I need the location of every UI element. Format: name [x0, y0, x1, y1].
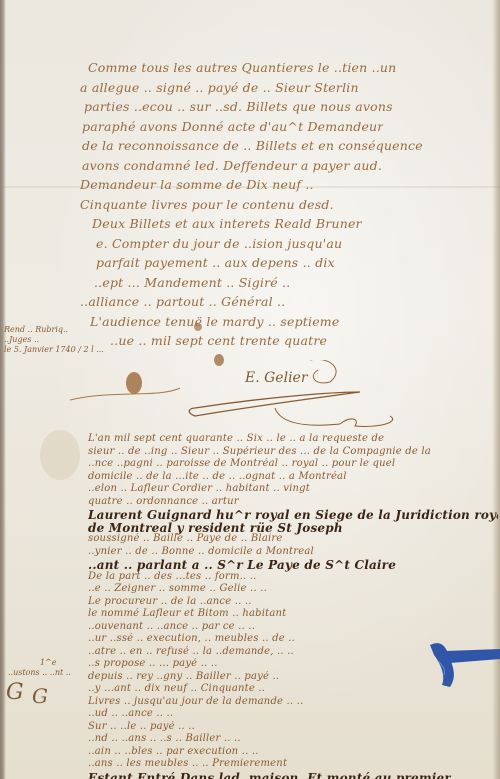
manuscript-line: parties ..ecou .. sur ..sd. Billets que …: [84, 99, 393, 114]
margin-note-line: ..ustons .. ..nt ..: [8, 668, 71, 678]
manuscript-line: ..ynier .. de .. Bonne .. domicile a Mon…: [88, 546, 314, 557]
manuscript-line: ..elon .. Lafleur Cordier .. habitant ..…: [88, 483, 310, 494]
manuscript-line: paraphé avons Donné acte d'au^t Demandeu…: [82, 119, 383, 134]
margin-note-line: ..Juges ..: [4, 335, 104, 345]
manuscript-line: ..ud .. ..ance .. ..: [88, 708, 173, 719]
manuscript-line: soussigné .. Baille .. Paye de .. Blaire: [88, 533, 283, 544]
manuscript-line: de la reconnoissance de .. Billets et en…: [82, 138, 423, 153]
manuscript-line: ..atre .. en .. refusé .. la ..demande, …: [88, 646, 294, 657]
signature-flourish: [0, 360, 500, 440]
manuscript-line: Cinquante livres pour le contenu desd.: [80, 197, 334, 212]
manuscript-line: e. Compter du jour de ..ision jusqu'au: [96, 236, 342, 251]
manuscript-line: ..s propose .. ... payé .. ..: [88, 658, 218, 669]
manuscript-line: Le procureur .. de la ..ance .. ..: [88, 596, 252, 607]
manuscript-line: L'audience tenuë le mardy .. septieme: [90, 314, 339, 329]
lower-margin-note: ..ustons .. ..nt ..: [8, 668, 71, 678]
manuscript-line: parfait payement .. aux depens .. dix: [96, 255, 335, 270]
manuscript-line: Comme tous les autres Quantieres le ..ti…: [88, 60, 396, 75]
manuscript-line: L'an mil sept cent quarante .. Six .. le…: [88, 433, 384, 444]
manuscript-line: De la part .. des ...tes .. form.. ..: [88, 571, 257, 582]
manuscript-line: ..ain .. ..bles .. par execution .. ..: [88, 746, 259, 757]
margin-monogram: G: [6, 680, 24, 705]
manuscript-line: Livres .. jusqu'au jour de la demande ..…: [88, 696, 303, 707]
manuscript-line: Deux Billets et aux interets Reald Brune…: [92, 216, 362, 231]
manuscript-line: ..nd .. ..ans .. ..s .. Bailler .. ..: [88, 733, 241, 744]
manuscript-line: avons condamné led. Deffendeur a payer a…: [82, 158, 382, 173]
manuscript-line: ..ue .. mil sept cent trente quatre: [110, 333, 327, 348]
manuscript-line: ..y ...ant .. dix neuf .. Cinquante ..: [88, 683, 265, 694]
manuscript-line: domicile .. de la ...ite .. de .. ..ogna…: [88, 471, 347, 482]
manuscript-line: Demandeur la somme de Dix neuf ..: [80, 177, 314, 192]
manuscript-line: ..ans .. les meubles .. .. Premierement: [88, 758, 287, 769]
margin-monogram: G: [32, 684, 48, 708]
margin-note-line: Rend .. Rubriq..: [4, 325, 104, 335]
manuscript-line: ..e .. Zeigner .. somme .. Gelie .. ..: [88, 583, 267, 594]
blue-ribbon: [428, 635, 500, 695]
manuscript-line: Sur .. ..le .. payé .. ..: [88, 721, 195, 732]
manuscript-line: ..ur ..ssé .. execution, .. meubles .. d…: [88, 633, 295, 644]
manuscript-line: quatre .. ordonnance .. artur: [88, 496, 239, 507]
manuscript-line: ..ouvenant .. ..ance .. par ce .. ..: [88, 621, 255, 632]
manuscript-line: le nommé Lafleur et Bitom .. habitant: [88, 608, 286, 619]
manuscript-line: ..alliance .. partout .. Général ..: [80, 294, 285, 309]
manuscript-page: Comme tous les autres Quantieres le ..ti…: [0, 0, 500, 779]
manuscript-line: a allegue .. signé .. payé de .. Sieur S…: [80, 80, 359, 95]
manuscript-line: sieur .. de ..ing .. Sieur .. Supérieur …: [88, 446, 431, 457]
margin-note-line: le 5. Janvier 1740 / 2 l ...: [4, 345, 104, 355]
upper-margin-note: Rend .. Rubriq.. ..Juges .. le 5. Janvie…: [4, 325, 104, 355]
lower-margin-mark: 1^e: [40, 658, 57, 668]
manuscript-line: Estant Entré Dans lad. maison, Et monté …: [88, 771, 451, 779]
manuscript-line: depuis .. rey ..gny .. Bailler .. payé .…: [88, 671, 279, 682]
manuscript-line: ..ept ... Mandement .. Sigiré ..: [94, 275, 290, 290]
manuscript-line: ..nce ..pagni .. paroisse de Montréal ..…: [88, 458, 395, 469]
